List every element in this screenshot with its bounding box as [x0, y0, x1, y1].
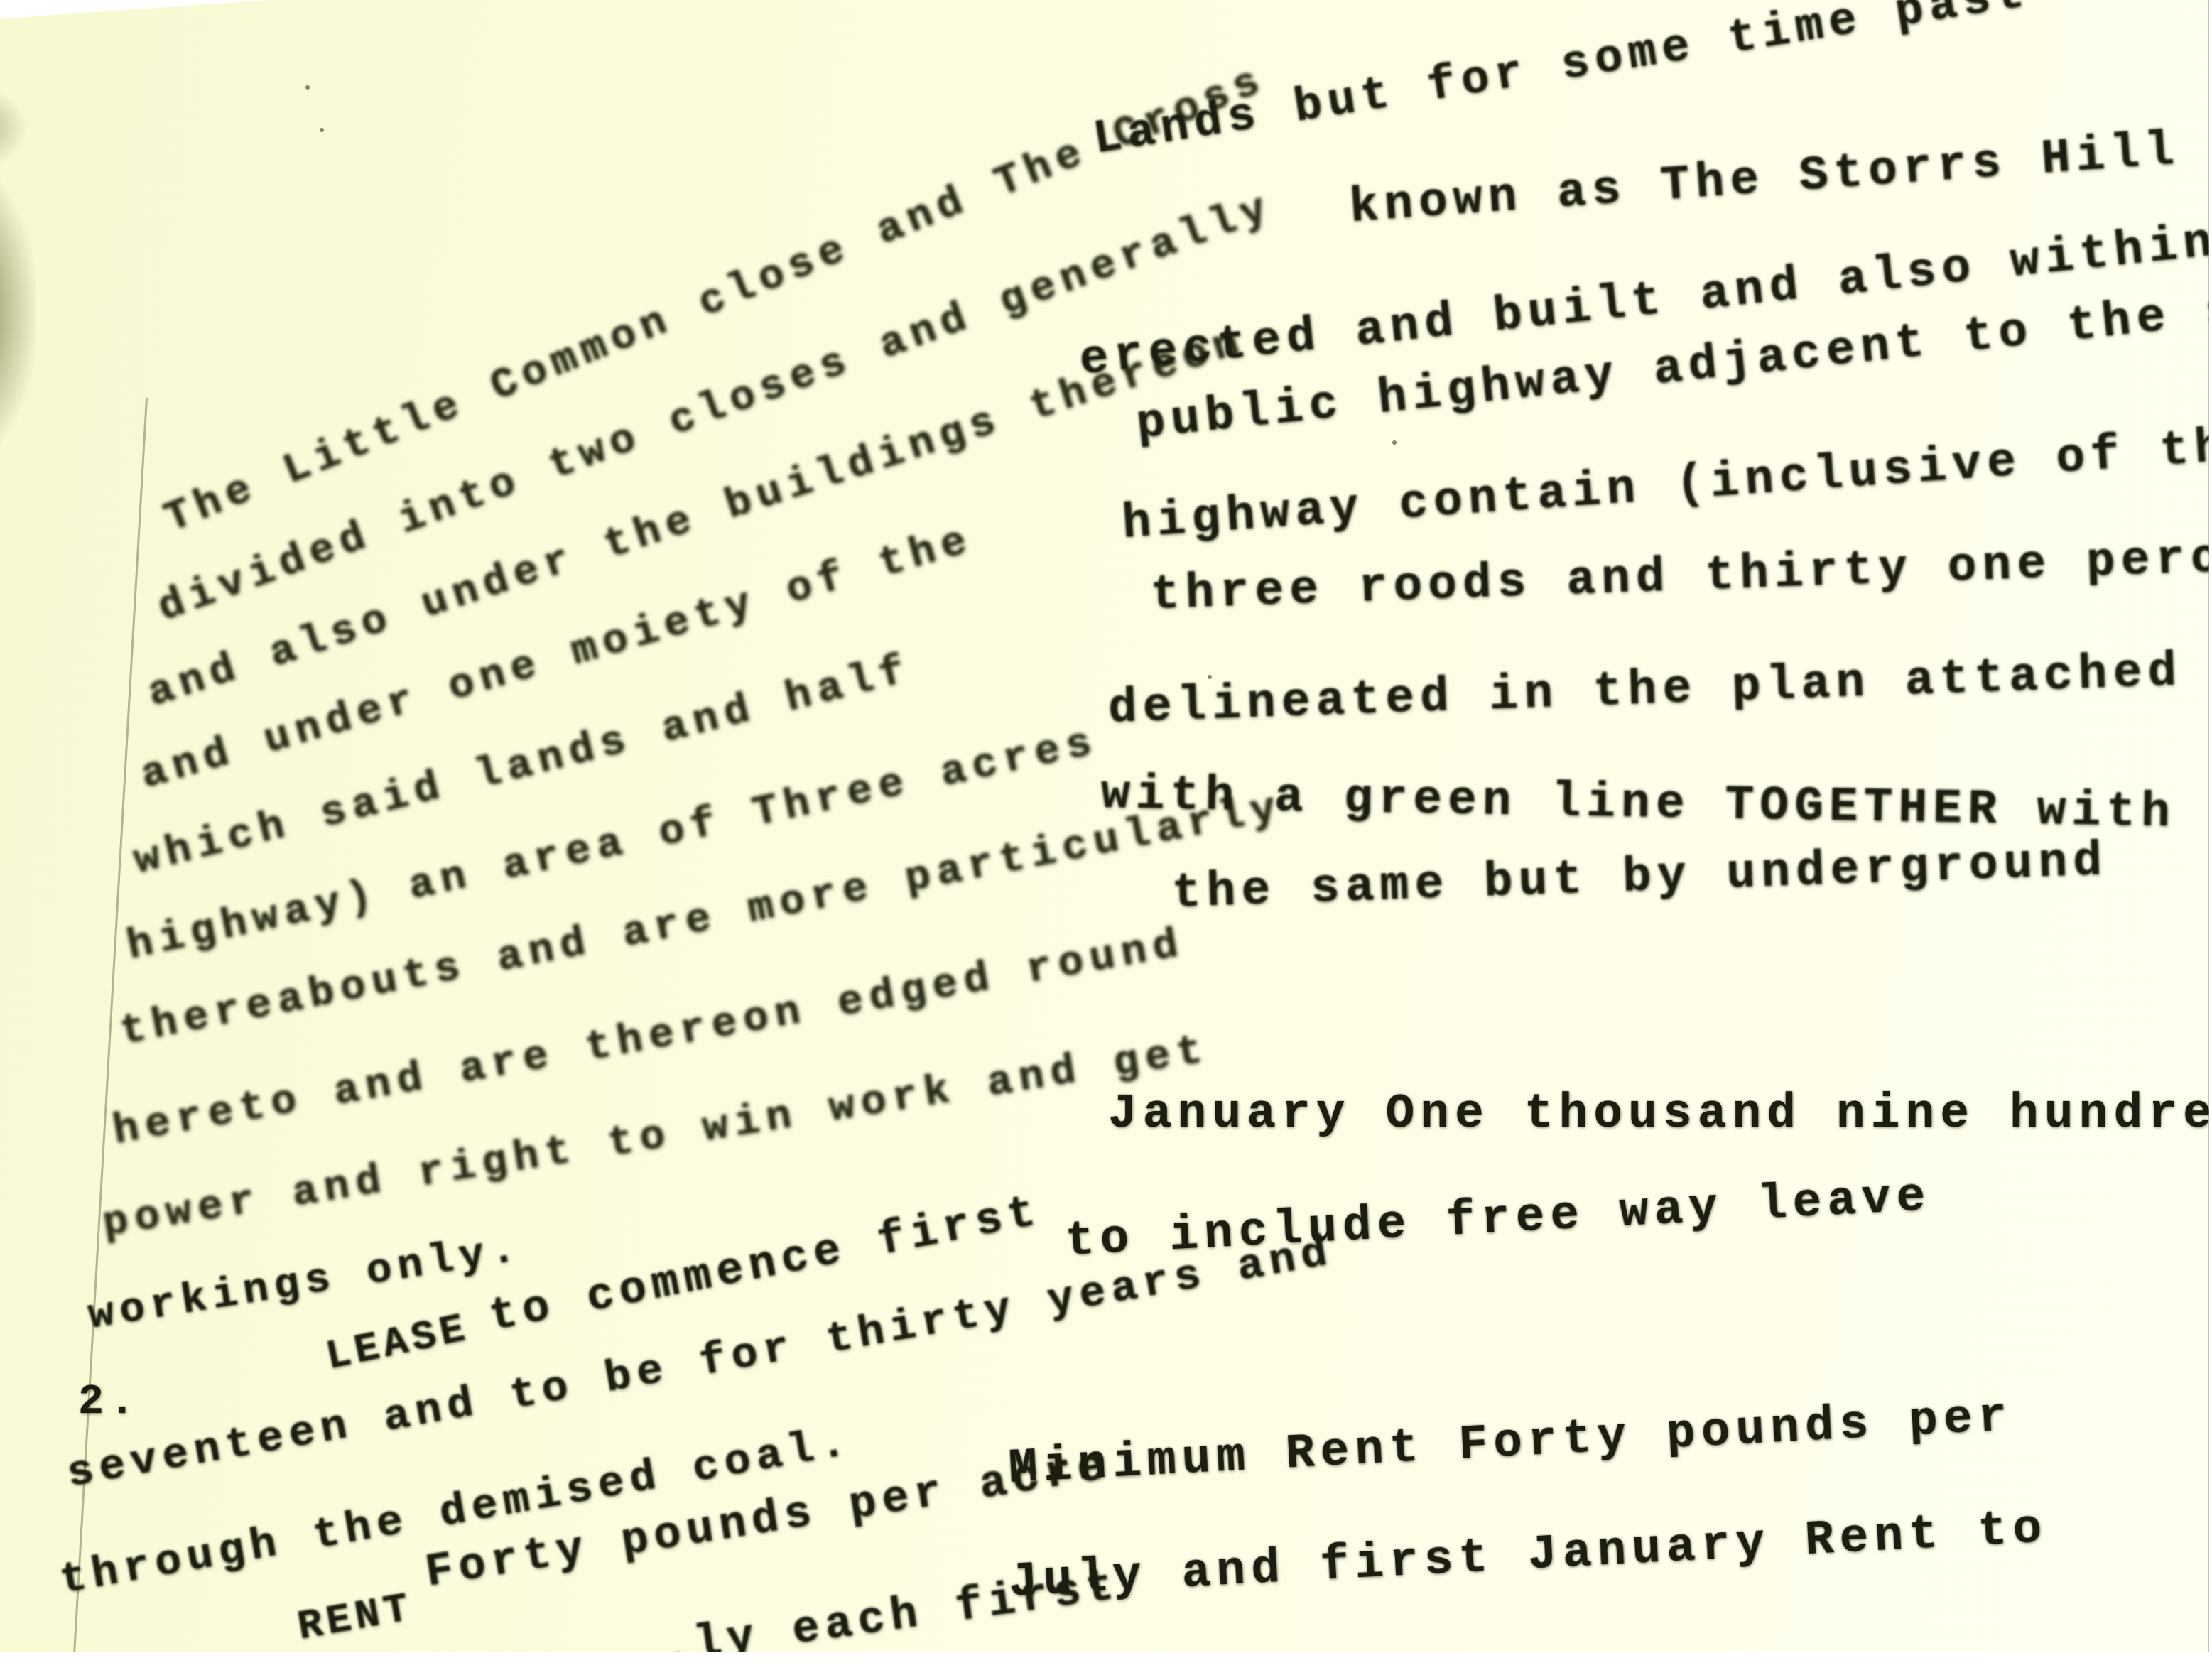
binding-shadow-upper: [0, 85, 28, 170]
page-bottom-edge: [0, 1652, 2212, 1680]
text-line: Minimum Rent Forty pounds per: [1007, 1389, 2014, 1497]
page-top-edge: [0, 0, 957, 21]
text-line: July and first January Rent to: [1007, 1501, 2049, 1610]
text-line: delineated in the plan attached: [1107, 644, 2184, 737]
text-line: known as The Storrs Hill Closes: [1348, 107, 2212, 236]
text-line: January One thousand nine hundred and: [1108, 1087, 2212, 1142]
clause-heading: RENT: [294, 1586, 416, 1651]
clause-heading: LEASE: [322, 1306, 473, 1381]
page-right-margin: [2209, 0, 2212, 1680]
document-page: The Little Common close and The Cross La…: [0, 0, 2212, 1680]
text-line: to include free way leave: [1064, 1169, 1933, 1269]
clause-number: 2.: [78, 1378, 141, 1426]
text-line: the same but by underground: [1171, 834, 2109, 921]
binding-shadow: [0, 163, 36, 462]
